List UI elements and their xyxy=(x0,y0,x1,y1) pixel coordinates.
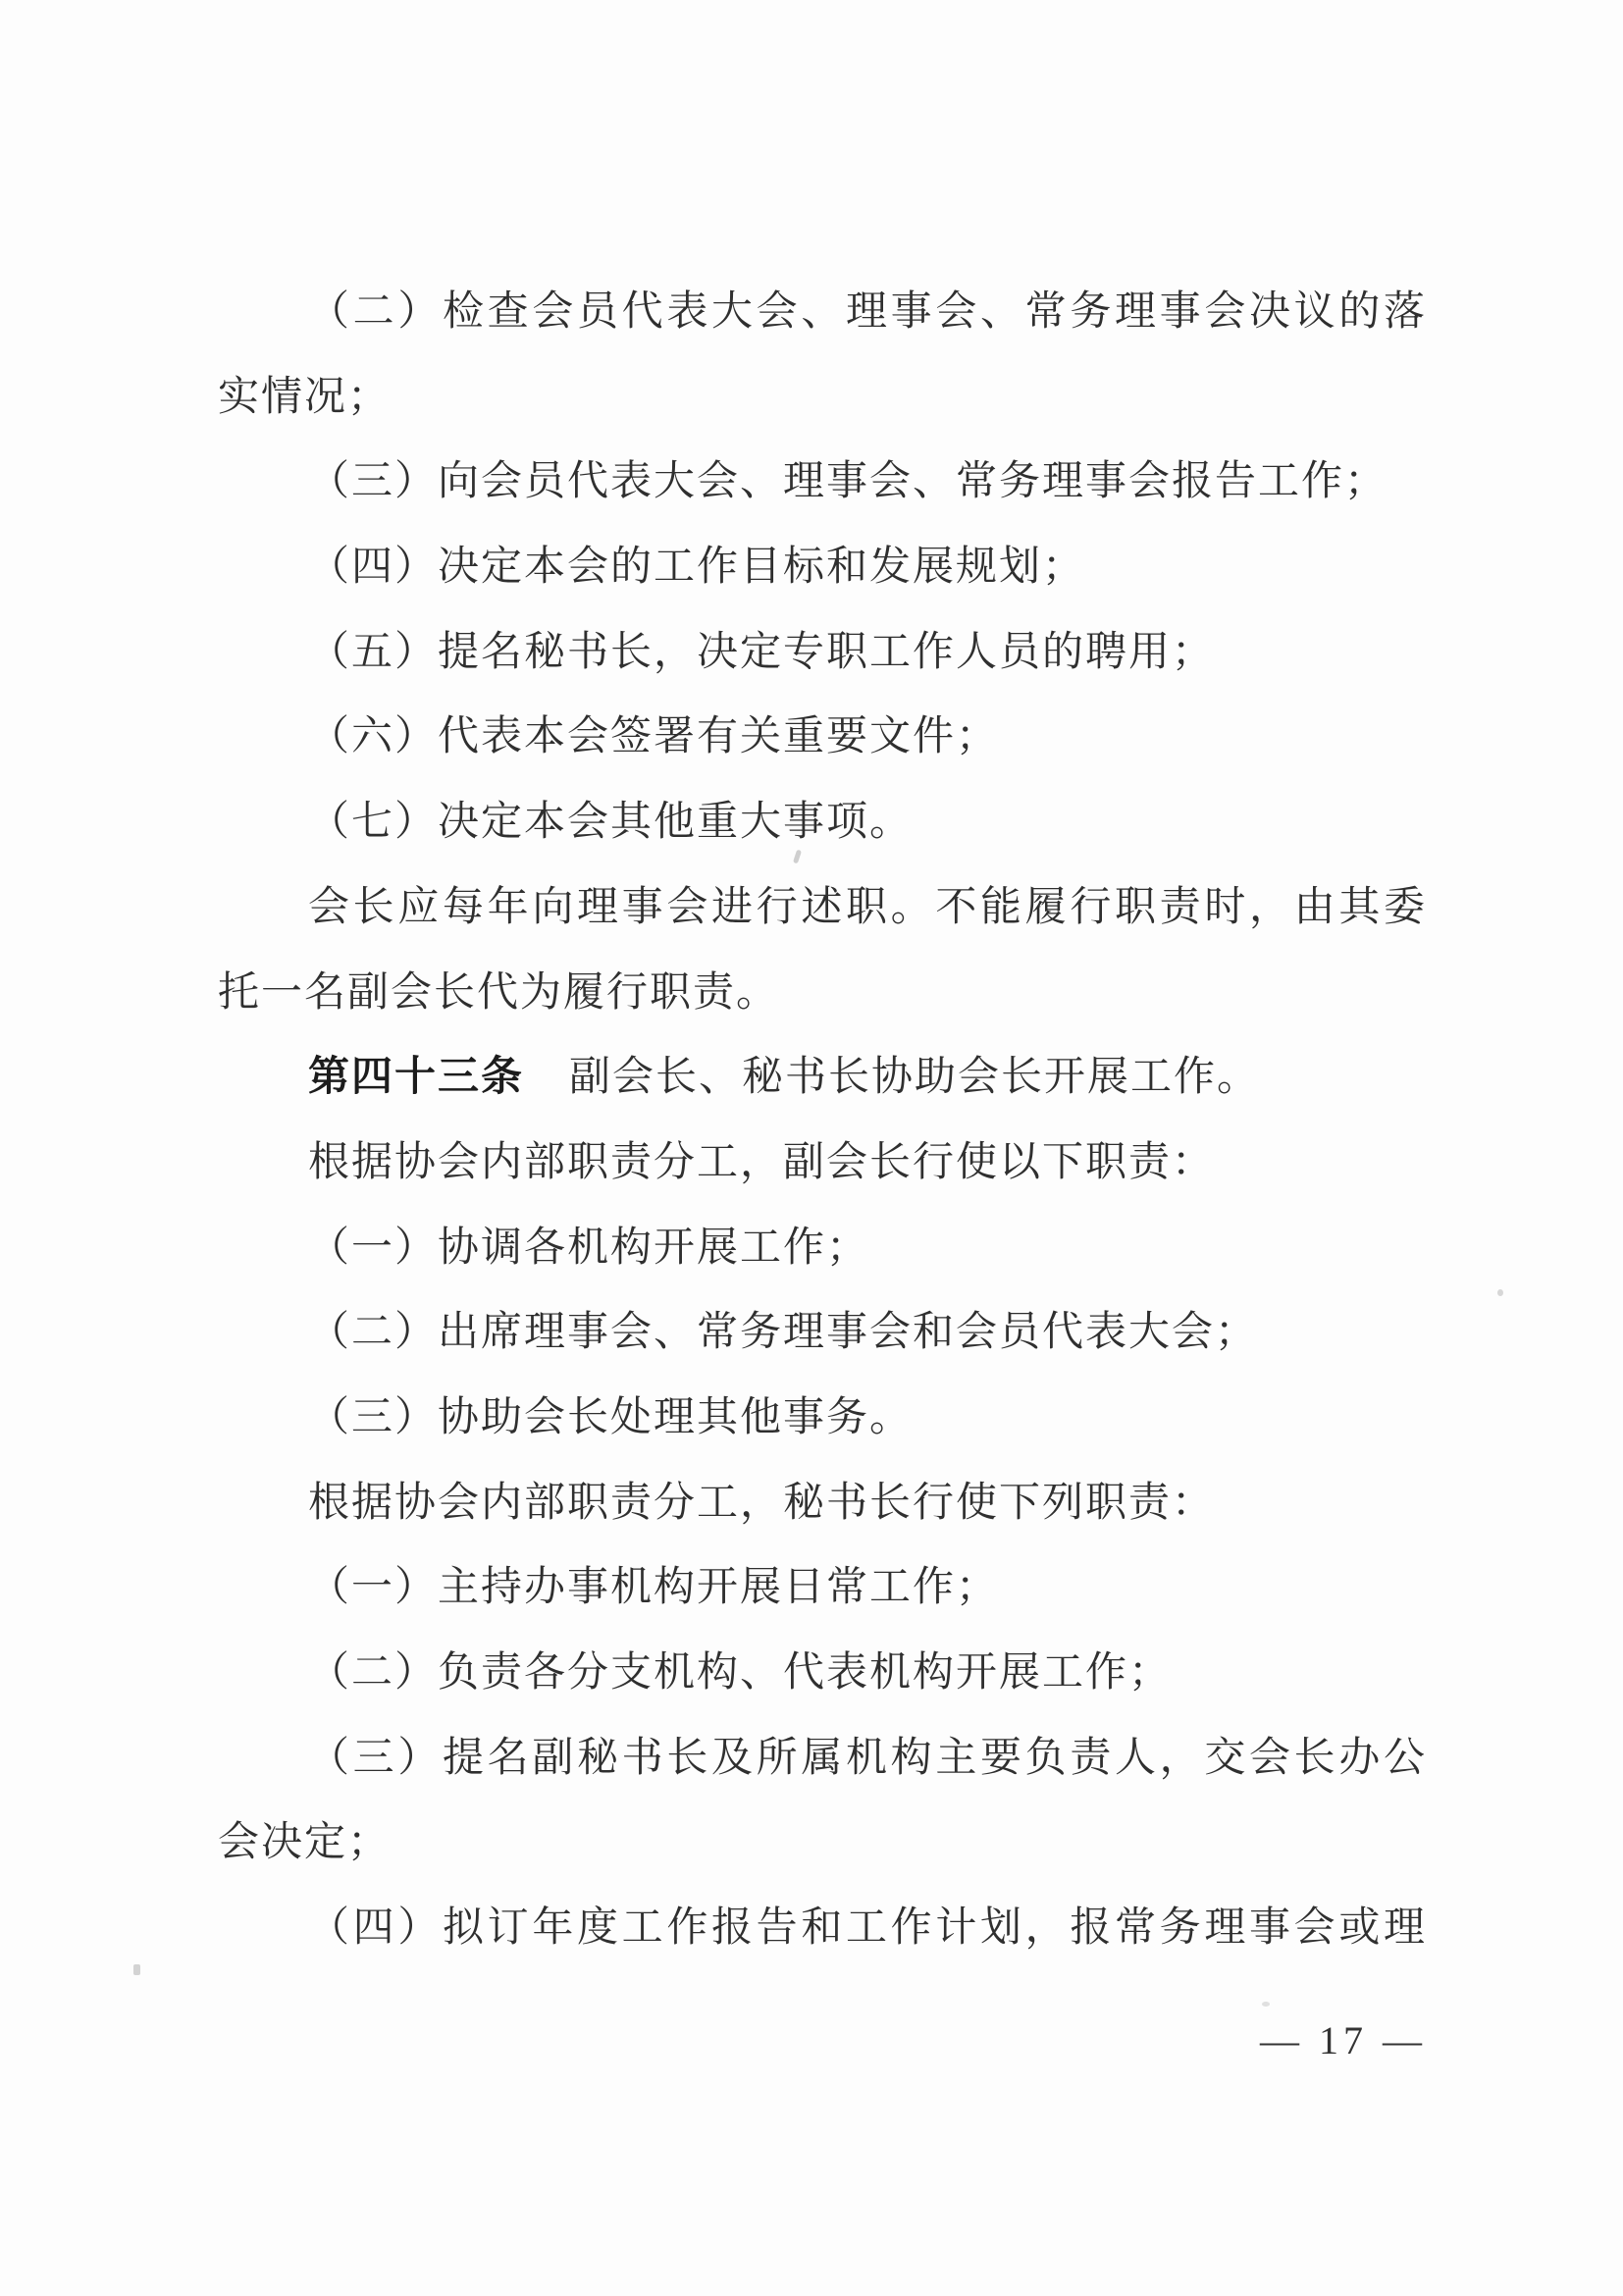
text-line: 实情况； xyxy=(218,355,1427,441)
scan-speck xyxy=(1262,2002,1270,2007)
text-line: 根据协会内部职责分工，秘书长行使下列职责： xyxy=(218,1461,1427,1546)
text-line: （四）决定本会的工作目标和发展规划； xyxy=(218,525,1427,610)
text-line: （一）主持办事机构开展日常工作； xyxy=(218,1545,1427,1631)
body-text: （二）检查会员代表大会、理事会、常务理事会决议的落 实情况； （三）向会员代表大… xyxy=(218,270,1427,1971)
text-line: （五）提名秘书长，决定专职工作人员的聘用； xyxy=(218,610,1427,696)
text-line: 会长应每年向理事会进行述职。不能履行职责时，由其委 xyxy=(218,865,1427,951)
text-line: 根据协会内部职责分工，副会长行使以下职责： xyxy=(218,1121,1427,1206)
text-line: （四）拟订年度工作报告和工作计划，报常务理事会或理 xyxy=(218,1886,1427,1971)
text-line: （三）协助会长处理其他事务。 xyxy=(218,1376,1427,1461)
article-43-line: 第四十三条副会长、秘书长协助会长开展工作。 xyxy=(218,1035,1427,1121)
text-line: （二）负责各分支机构、代表机构开展工作； xyxy=(218,1631,1427,1716)
scan-speck xyxy=(133,1964,140,1975)
text-line: （二）出席理事会、常务理事会和会员代表大会； xyxy=(218,1290,1427,1376)
text-line: （六）代表本会签署有关重要文件； xyxy=(218,695,1427,780)
scan-speck xyxy=(1497,1289,1503,1296)
text-line: （七）决定本会其他重大事项。 xyxy=(218,780,1427,865)
text-line: 托一名副会长代为履行职责。 xyxy=(218,951,1427,1036)
text-line: （三）提名副秘书长及所属机构主要负责人，交会长办公 xyxy=(218,1716,1427,1801)
article-number: 第四十三条 xyxy=(308,1055,524,1100)
text-line: （一）协调各机构开展工作； xyxy=(218,1206,1427,1291)
article-title: 副会长、秘书长协助会长开展工作。 xyxy=(569,1055,1260,1100)
document-page: （二）检查会员代表大会、理事会、常务理事会决议的落 实情况； （三）向会员代表大… xyxy=(0,0,1623,2296)
text-line: 会决定； xyxy=(218,1800,1427,1886)
text-line: （三）向会员代表大会、理事会、常务理事会报告工作； xyxy=(218,440,1427,525)
page-number: — 17 — xyxy=(1260,2019,1427,2062)
text-line: （二）检查会员代表大会、理事会、常务理事会决议的落 xyxy=(218,270,1427,355)
